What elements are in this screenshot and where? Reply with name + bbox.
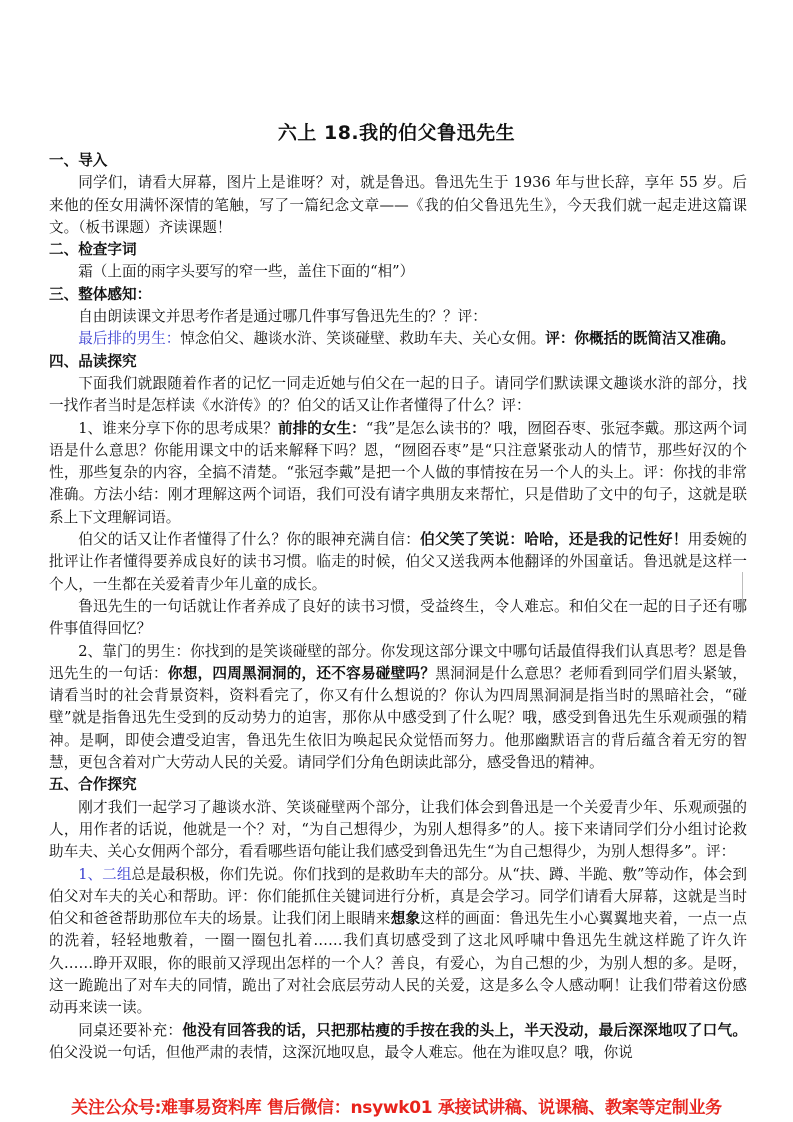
section-heading-overview: 三、整体感知： <box>49 284 747 306</box>
group-label: 1、二组 <box>78 866 131 883</box>
answer-paragraph: 最后排的男生：悼念伯父、趣谈水浒、笑谈碰壁、救助车夫、关心女佣。评：你概括的既简… <box>49 328 747 350</box>
answer-text: 悼念伯父、趣谈水浒、笑谈碰壁、救助车夫、关心女佣。 <box>180 330 545 347</box>
footer-watermark: 关注公众号:难事易资料库 售后微信：nsywk01 承接试讲稿、说课稿、教案等定… <box>0 1093 793 1122</box>
paragraph: 鲁迅先生的一句话就让作者养成了良好的读书习惯，受益终生，令人难忘。和伯父在一起的… <box>49 596 747 641</box>
quote-bold: 他没有回答我的话，只把那枯瘦的手按在我的头上，半天没动，最后深深地叹了口气。 <box>182 1022 747 1039</box>
document-body: 一、导入 同学们，请看大屏幕，图片上是谁呀？对，就是鲁迅。鲁迅先生于 1936 … <box>49 150 747 1064</box>
quote-bold: 伯父笑了笑说：哈哈，还是我的记性好！ <box>420 531 688 548</box>
paragraph: 下面我们就跟随着作者的记忆一同走近她与伯父在一起的日子。请同学们默读课文趣谈水浒… <box>49 373 747 418</box>
quote-bold: 你想，四周黑洞洞的，还不容易碰壁吗？ <box>168 665 435 682</box>
section-heading-vocab: 二、检查字词 <box>49 239 747 261</box>
document-page: 六上 18.我的伯父鲁迅先生 一、导入 同学们，请看大屏幕，图片上是谁呀？对，就… <box>0 0 793 1122</box>
text-run: 伯父的话又让作者懂得了什么？你的眼神充满自信： <box>78 531 420 548</box>
text-run: 同桌还要补充： <box>78 1022 182 1039</box>
paragraph: 刚才我们一起学习了趣谈水浒、笑谈碰壁两个部分，让我们体会到鲁迅是一个关爱青少年、… <box>49 797 747 864</box>
document-title: 六上 18.我的伯父鲁迅先生 <box>0 118 793 145</box>
paragraph: 自由朗读课文并思考作者是通过哪几件事写鲁迅先生的？？评： <box>49 306 747 328</box>
speaker-label: 最后排的男生： <box>78 330 180 347</box>
paragraph: 霜（上面的雨字头要写的窄一些，盖住下面的“相”） <box>49 261 747 283</box>
paragraph: 2、靠门的男生：你找到的是笑谈碰壁的部分。你发现这部分课文中哪句话最值得我们认真… <box>49 641 747 775</box>
page-edge-mark <box>742 572 743 602</box>
paragraph: 1、谁来分享下你的思考成果？前排的女生：“我”是怎么读书的？哦，囫囵吞枣、张冠李… <box>49 418 747 529</box>
paragraph: 同桌还要补充：他没有回答我的话，只把那枯瘦的手按在我的头上，半天没动，最后深深地… <box>49 1020 747 1065</box>
paragraph: 同学们，请看大屏幕，图片上是谁呀？对，就是鲁迅。鲁迅先生于 1936 年与世长辞… <box>49 172 747 239</box>
text-run: 伯父没说一句话，但他严肃的表情，这深沉地叹息，最令人难忘。他在为谁叹息？哦，你说 <box>49 1044 633 1061</box>
teacher-comment: 评：你概括的既简洁又准确。 <box>545 330 735 347</box>
speaker-label: 前排的女生： <box>278 420 366 437</box>
section-heading-reading: 四、品读探究 <box>49 351 747 373</box>
section-heading-cooperation: 五、合作探究 <box>49 774 747 796</box>
text-run: 1、谁来分享下你的思考成果？ <box>78 420 278 437</box>
paragraph: 伯父的话又让作者懂得了什么？你的眼神充满自信：伯父笑了笑说：哈哈，还是我的记性好… <box>49 529 747 596</box>
paragraph: 1、二组总是最积极，你们先说。你们找到的是救助车夫的部分。从“扶、蹲、半跪、敷”… <box>49 864 747 1020</box>
keyword-bold: 想象 <box>391 910 421 927</box>
section-heading-intro: 一、导入 <box>49 150 747 172</box>
